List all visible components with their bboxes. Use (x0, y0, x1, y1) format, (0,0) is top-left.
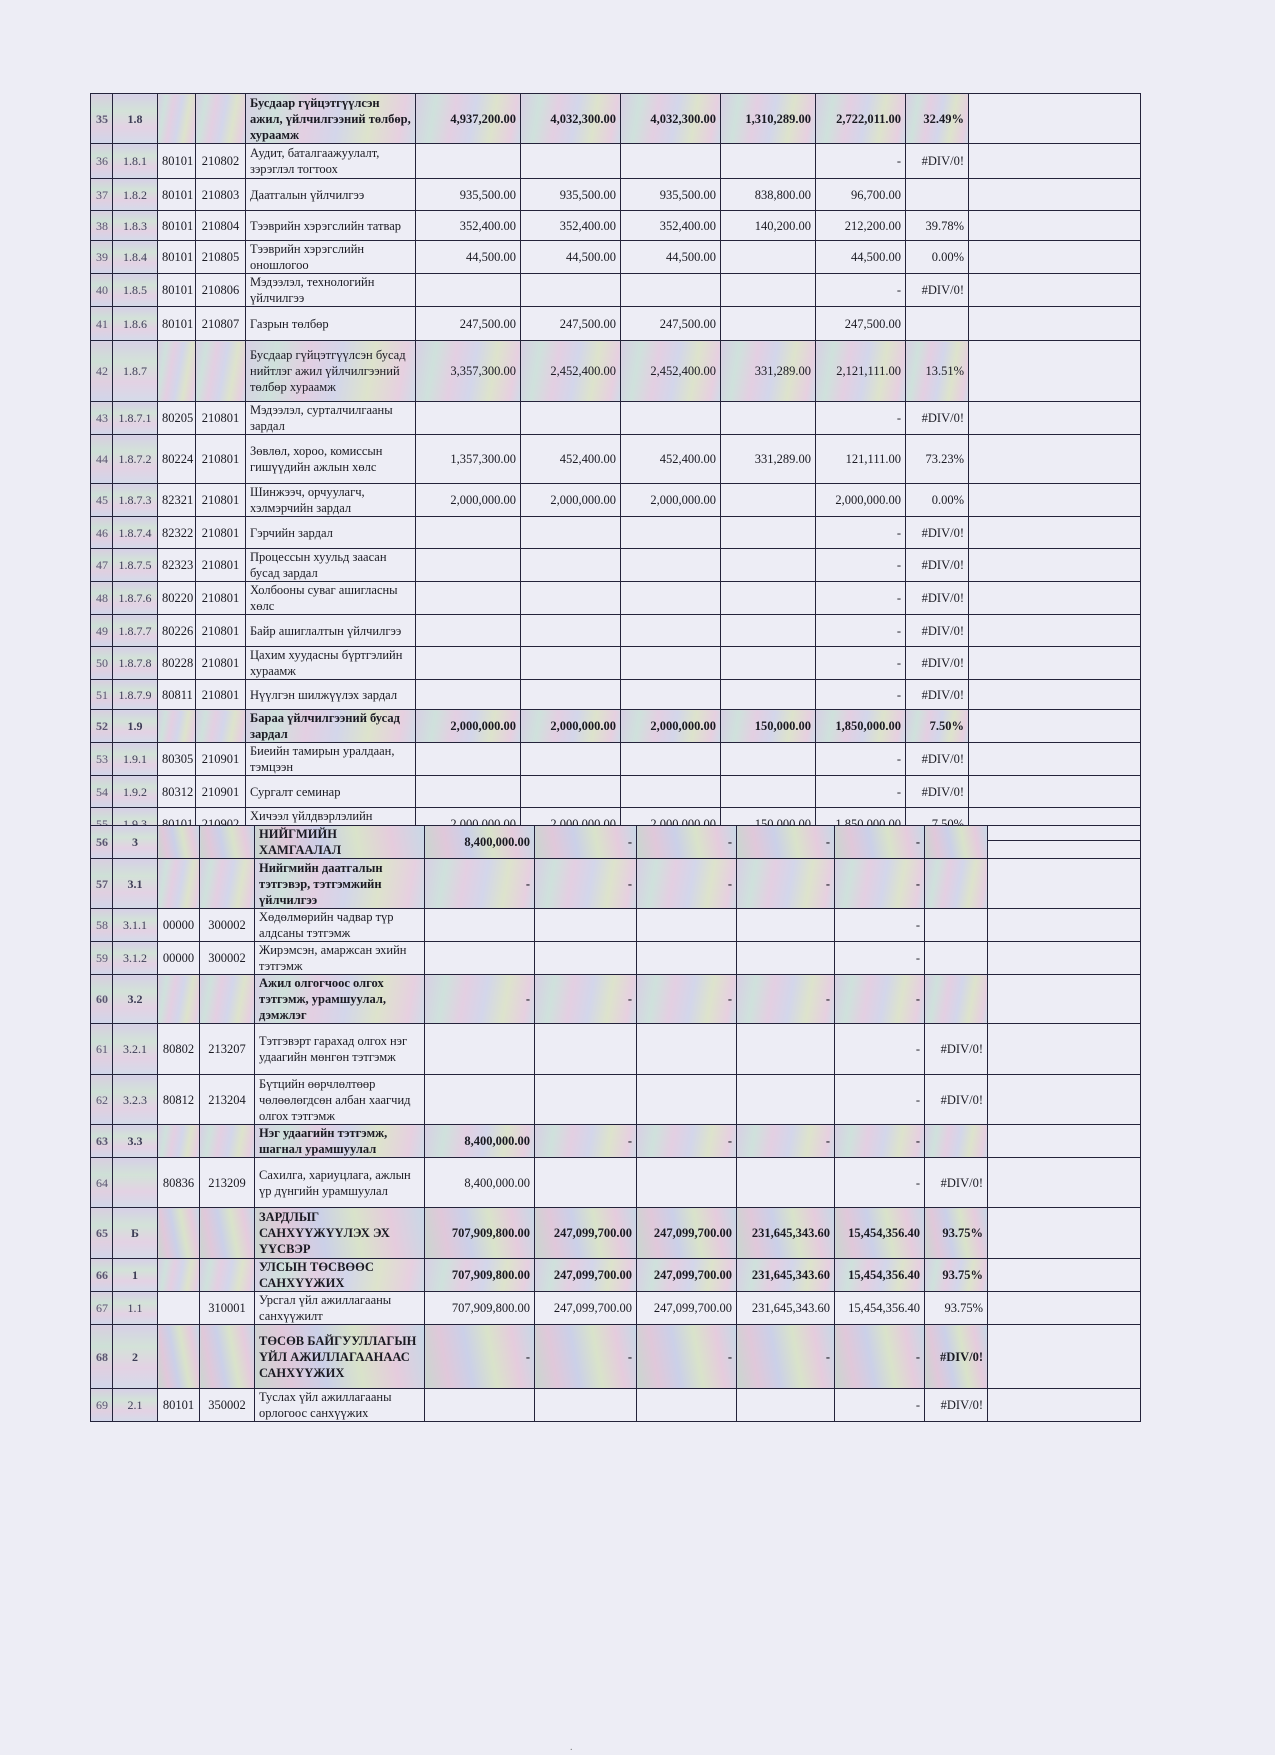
account-code-cell: 213204 (200, 1075, 255, 1125)
row-number-cell: 65 (91, 1208, 113, 1259)
blank-notes-cell (988, 1158, 1141, 1208)
adjusted-plan-cell: - (535, 975, 637, 1024)
line-code-cell: 3.1.1 (113, 909, 158, 942)
execution-percent-cell: 32.49% (906, 94, 969, 144)
economic-code-cell: 80226 (158, 615, 196, 647)
approved-plan-cell: 4,937,200.00 (416, 94, 521, 144)
table-row: 371.8.280101210803Даатгалын үйлчилгээ935… (91, 179, 1141, 211)
table-row: 411.8.680101210807Газрын төлбөр247,500.0… (91, 307, 1141, 341)
economic-code-cell: 00000 (158, 909, 200, 942)
description-cell: Газрын төлбөр (246, 307, 416, 341)
balance-amount-cell: - (835, 1158, 925, 1208)
execution-percent-cell (925, 859, 988, 909)
adjusted-plan-cell: 352,400.00 (521, 211, 621, 241)
blank-notes-cell (988, 1075, 1141, 1125)
account-code-cell (200, 1208, 255, 1259)
economic-code-cell: 80101 (158, 274, 196, 307)
approved-plan-cell: 2,000,000.00 (416, 484, 521, 517)
line-code-cell: 1.8.6 (113, 307, 158, 341)
economic-code-cell (158, 1259, 200, 1292)
blank-notes-cell (969, 241, 1141, 274)
adjusted-plan-cell (521, 402, 621, 435)
account-code-cell: 210805 (196, 241, 246, 274)
actual-amount-cell (737, 1158, 835, 1208)
actual-amount-cell: 231,645,343.60 (737, 1259, 835, 1292)
actual-amount-cell (721, 402, 816, 435)
description-cell: УЛСЫН ТӨСВӨӨС САНХҮҮЖИХ (255, 1259, 425, 1292)
table-row: 381.8.380101210804Тээврийн хэрэгслийн та… (91, 211, 1141, 241)
actual-amount-cell (721, 484, 816, 517)
approved-plan-cell: 3,357,300.00 (416, 341, 521, 402)
execution-percent-cell: #DIV/0! (906, 647, 969, 680)
table-row: 431.8.7.180205210801Мэдээлэл, сурталчилг… (91, 402, 1141, 435)
balance-amount-cell: 121,111.00 (816, 435, 906, 484)
budget-table-lower: 563НИЙГМИЙН ХАМГААЛАЛ8,400,000.00----573… (90, 825, 1141, 1422)
economic-code-cell: 82321 (158, 484, 196, 517)
line-code-cell: 1.8.1 (113, 144, 158, 179)
execution-percent-cell (925, 1125, 988, 1158)
blank-notes-cell (969, 615, 1141, 647)
adjusted-plan-cell (521, 549, 621, 582)
execution-percent-cell: #DIV/0! (906, 144, 969, 179)
adjusted-plan-cell: 247,500.00 (521, 307, 621, 341)
table-row: 481.8.7.680220210801Холбооны суваг ашигл… (91, 582, 1141, 615)
balance-amount-cell: 247,500.00 (816, 307, 906, 341)
period-plan-cell (621, 615, 721, 647)
row-number-cell: 44 (91, 435, 113, 484)
adjusted-plan-cell (535, 1075, 637, 1125)
blank-notes-cell (969, 517, 1141, 549)
approved-plan-cell: 935,500.00 (416, 179, 521, 211)
account-code-cell: 210801 (196, 615, 246, 647)
blank-notes-cell (969, 484, 1141, 517)
approved-plan-cell (416, 776, 521, 808)
balance-amount-cell: - (835, 859, 925, 909)
description-cell: Туслах үйл ажиллагааны орлогоос санхүүжи… (255, 1389, 425, 1422)
actual-amount-cell (721, 582, 816, 615)
execution-percent-cell: 93.75% (925, 1292, 988, 1325)
blank-notes-cell (988, 1389, 1141, 1422)
execution-percent-cell: 93.75% (925, 1259, 988, 1292)
line-code-cell: 1.8.7.3 (113, 484, 158, 517)
row-number-cell: 41 (91, 307, 113, 341)
table-row: 501.8.7.880228210801Цахим хуудасны бүртг… (91, 647, 1141, 680)
account-code-cell: 210807 (196, 307, 246, 341)
period-plan-cell: 247,099,700.00 (637, 1292, 737, 1325)
economic-code-cell (158, 341, 196, 402)
approved-plan-cell: - (425, 1325, 535, 1389)
adjusted-plan-cell (521, 144, 621, 179)
adjusted-plan-cell (521, 680, 621, 710)
blank-notes-cell (969, 582, 1141, 615)
blank-notes-cell (969, 743, 1141, 776)
approved-plan-cell: 8,400,000.00 (425, 1125, 535, 1158)
table-row: 461.8.7.482322210801Гэрчийн зардал-#DIV/… (91, 517, 1141, 549)
economic-code-cell (158, 1208, 200, 1259)
economic-code-cell: 00000 (158, 942, 200, 975)
scan-speck: . (570, 1742, 573, 1753)
balance-amount-cell: - (816, 743, 906, 776)
period-plan-cell (621, 144, 721, 179)
approved-plan-cell: 247,500.00 (416, 307, 521, 341)
actual-amount-cell (721, 241, 816, 274)
balance-amount-cell: - (835, 1389, 925, 1422)
period-plan-cell (621, 402, 721, 435)
table-row: 531.9.180305210901Биеийн тамирын уралдаа… (91, 743, 1141, 776)
blank-notes-cell (988, 1125, 1141, 1158)
account-code-cell: 300002 (200, 909, 255, 942)
blank-notes-cell (969, 179, 1141, 211)
description-cell: Нэг удаагийн тэтгэмж, шагнал урамшуулал (255, 1125, 425, 1158)
description-cell: ЗАРДЛЫГ САНХҮҮЖҮҮЛЭХ ЭХ ҮҮСВЭР (255, 1208, 425, 1259)
blank-notes-cell (969, 680, 1141, 710)
execution-percent-cell: 7.50% (906, 710, 969, 743)
approved-plan-cell: 8,400,000.00 (425, 826, 535, 859)
description-cell: Бусдаар гүйцэтгүүлсэн бусад нийтлэг ажил… (246, 341, 416, 402)
actual-amount-cell: 331,289.00 (721, 435, 816, 484)
row-number-cell: 59 (91, 942, 113, 975)
table-row: 661УЛСЫН ТӨСВӨӨС САНХҮҮЖИХ707,909,800.00… (91, 1259, 1141, 1292)
description-cell: Тээврийн хэрэгслийн татвар (246, 211, 416, 241)
description-cell: Шинжээч, орчуулагч, хэлмэрчийн зардал (246, 484, 416, 517)
period-plan-cell: 44,500.00 (621, 241, 721, 274)
account-code-cell: 213207 (200, 1024, 255, 1075)
economic-code-cell: 80220 (158, 582, 196, 615)
line-code-cell: 1.8.7.6 (113, 582, 158, 615)
description-cell: Биеийн тамирын уралдаан, тэмцээн (246, 743, 416, 776)
period-plan-cell (621, 549, 721, 582)
balance-amount-cell: - (816, 680, 906, 710)
period-plan-cell (637, 1075, 737, 1125)
period-plan-cell (621, 582, 721, 615)
economic-code-cell (158, 1292, 200, 1325)
table-row: 593.1.200000300002Жирэмсэн, амаржсан эхи… (91, 942, 1141, 975)
adjusted-plan-cell (521, 517, 621, 549)
balance-amount-cell: 15,454,356.40 (835, 1259, 925, 1292)
execution-percent-cell (906, 179, 969, 211)
row-number-cell: 63 (91, 1125, 113, 1158)
table-row: 541.9.280312210901Сургалт семинар-#DIV/0… (91, 776, 1141, 808)
table-row: 471.8.7.582323210801Процессын хуульд заа… (91, 549, 1141, 582)
approved-plan-cell (416, 647, 521, 680)
actual-amount-cell (721, 776, 816, 808)
description-cell: Тээврийн хэрэгслийн оношлогоо (246, 241, 416, 274)
line-code-cell: 1.8.2 (113, 179, 158, 211)
period-plan-cell: 2,000,000.00 (621, 710, 721, 743)
adjusted-plan-cell: 935,500.00 (521, 179, 621, 211)
execution-percent-cell: 73.23% (906, 435, 969, 484)
period-plan-cell (621, 274, 721, 307)
table-row: 573.1Нийгмийн даатгалын тэтгэвэр, тэтгэм… (91, 859, 1141, 909)
execution-percent-cell: #DIV/0! (925, 1325, 988, 1389)
line-code-cell: 1.8.5 (113, 274, 158, 307)
period-plan-cell: - (637, 1325, 737, 1389)
period-plan-cell (621, 647, 721, 680)
adjusted-plan-cell (535, 1158, 637, 1208)
blank-notes-cell (988, 1208, 1141, 1259)
account-code-cell: 210801 (196, 549, 246, 582)
actual-amount-cell: - (737, 1125, 835, 1158)
economic-code-cell: 80101 (158, 1389, 200, 1422)
line-code-cell: 3.2 (113, 975, 158, 1024)
row-number-cell: 35 (91, 94, 113, 144)
line-code-cell: 3.3 (113, 1125, 158, 1158)
approved-plan-cell: 352,400.00 (416, 211, 521, 241)
adjusted-plan-cell: - (535, 1125, 637, 1158)
balance-amount-cell: 15,454,356.40 (835, 1292, 925, 1325)
account-code-cell: 210801 (196, 402, 246, 435)
approved-plan-cell (416, 582, 521, 615)
balance-amount-cell: - (835, 909, 925, 942)
approved-plan-cell (416, 680, 521, 710)
approved-plan-cell: 1,357,300.00 (416, 435, 521, 484)
balance-amount-cell: - (816, 615, 906, 647)
line-code-cell: 1.8.7.9 (113, 680, 158, 710)
account-code-cell (200, 975, 255, 1024)
actual-amount-cell (721, 144, 816, 179)
economic-code-cell: 80101 (158, 144, 196, 179)
row-number-cell: 57 (91, 859, 113, 909)
description-cell: Сургалт семинар (246, 776, 416, 808)
row-number-cell: 51 (91, 680, 113, 710)
approved-plan-cell (416, 743, 521, 776)
table-row: 451.8.7.382321210801Шинжээч, орчуулагч, … (91, 484, 1141, 517)
row-number-cell: 64 (91, 1158, 113, 1208)
account-code-cell: 213209 (200, 1158, 255, 1208)
actual-amount-cell: 331,289.00 (721, 341, 816, 402)
account-code-cell (200, 859, 255, 909)
economic-code-cell: 80101 (158, 241, 196, 274)
account-code-cell: 210801 (196, 582, 246, 615)
economic-code-cell: 82322 (158, 517, 196, 549)
account-code-cell: 210801 (196, 435, 246, 484)
table-row: 633.3Нэг удаагийн тэтгэмж, шагнал урамшу… (91, 1125, 1141, 1158)
table-row: 491.8.7.780226210801Байр ашиглалтын үйлч… (91, 615, 1141, 647)
description-cell: Хөдөлмөрийн чадвар түр алдсаны тэтгэмж (255, 909, 425, 942)
period-plan-cell (621, 776, 721, 808)
execution-percent-cell: #DIV/0! (906, 274, 969, 307)
row-number-cell: 37 (91, 179, 113, 211)
period-plan-cell: 2,452,400.00 (621, 341, 721, 402)
row-number-cell: 58 (91, 909, 113, 942)
period-plan-cell: 2,000,000.00 (621, 484, 721, 517)
balance-amount-cell: - (835, 1024, 925, 1075)
economic-code-cell: 80205 (158, 402, 196, 435)
line-code-cell: 3.2.1 (113, 1024, 158, 1075)
adjusted-plan-cell: - (535, 859, 637, 909)
table-row: 361.8.180101210802Аудит, баталгаажуулалт… (91, 144, 1141, 179)
account-code-cell (196, 341, 246, 402)
balance-amount-cell: 44,500.00 (816, 241, 906, 274)
blank-notes-cell (969, 710, 1141, 743)
line-code-cell: 2 (113, 1325, 158, 1389)
actual-amount-cell (721, 743, 816, 776)
actual-amount-cell (737, 1389, 835, 1422)
adjusted-plan-cell (521, 582, 621, 615)
approved-plan-cell (416, 517, 521, 549)
actual-amount-cell (721, 307, 816, 341)
adjusted-plan-cell: - (535, 826, 637, 859)
blank-notes-cell (988, 909, 1141, 942)
description-cell: Даатгалын үйлчилгээ (246, 179, 416, 211)
balance-amount-cell: - (835, 1125, 925, 1158)
description-cell: Ажил олгогчоос олгох тэтгэмж, урамшуулал… (255, 975, 425, 1024)
row-number-cell: 54 (91, 776, 113, 808)
account-code-cell: 210901 (196, 776, 246, 808)
economic-code-cell: 80101 (158, 307, 196, 341)
description-cell: Байр ашиглалтын үйлчилгээ (246, 615, 416, 647)
row-number-cell: 52 (91, 710, 113, 743)
actual-amount-cell: - (737, 859, 835, 909)
period-plan-cell (637, 1024, 737, 1075)
row-number-cell: 36 (91, 144, 113, 179)
balance-amount-cell: - (835, 1075, 925, 1125)
blank-notes-cell (969, 274, 1141, 307)
blank-notes-cell (969, 549, 1141, 582)
blank-notes-cell (988, 1292, 1141, 1325)
adjusted-plan-cell (535, 909, 637, 942)
row-number-cell: 62 (91, 1075, 113, 1125)
description-cell: ТӨСӨВ БАЙГУУЛЛАГЫН ҮЙЛ АЖИЛЛАГААНААС САН… (255, 1325, 425, 1389)
blank-notes-cell (969, 211, 1141, 241)
row-number-cell: 45 (91, 484, 113, 517)
actual-amount-cell (737, 1024, 835, 1075)
line-code-cell: 1.8.7.7 (113, 615, 158, 647)
line-code-cell: 3.1 (113, 859, 158, 909)
balance-amount-cell: 2,000,000.00 (816, 484, 906, 517)
blank-notes-cell (988, 859, 1141, 909)
blank-notes-cell (969, 341, 1141, 402)
balance-amount-cell: - (816, 274, 906, 307)
period-plan-cell: 4,032,300.00 (621, 94, 721, 144)
table-row: 692.180101350002Туслах үйл ажиллагааны о… (91, 1389, 1141, 1422)
line-code-cell: 1.8.7.2 (113, 435, 158, 484)
economic-code-cell (158, 859, 200, 909)
balance-amount-cell: 212,200.00 (816, 211, 906, 241)
approved-plan-cell: - (425, 859, 535, 909)
execution-percent-cell: 13.51% (906, 341, 969, 402)
period-plan-cell (637, 942, 737, 975)
actual-amount-cell: 231,645,343.60 (737, 1292, 835, 1325)
economic-code-cell: 80812 (158, 1075, 200, 1125)
description-cell: Зөвлөл, хороо, комиссын гишүүдийн ажлын … (246, 435, 416, 484)
adjusted-plan-cell: 247,099,700.00 (535, 1292, 637, 1325)
actual-amount-cell: 150,000.00 (721, 710, 816, 743)
account-code-cell (196, 710, 246, 743)
account-code-cell: 210804 (196, 211, 246, 241)
balance-amount-cell: 2,722,011.00 (816, 94, 906, 144)
row-number-cell: 39 (91, 241, 113, 274)
approved-plan-cell (416, 274, 521, 307)
blank-notes-cell (969, 402, 1141, 435)
adjusted-plan-cell (521, 743, 621, 776)
period-plan-cell (637, 1158, 737, 1208)
economic-code-cell: 80228 (158, 647, 196, 680)
economic-code-cell: 80305 (158, 743, 196, 776)
table-row: 613.2.180802213207Тэтгэвэрт гарахад олго… (91, 1024, 1141, 1075)
budget-table-upper: 351.8Бусдаар гүйцэтгүүлсэн ажил, үйлчилг… (90, 93, 1141, 841)
row-number-cell: 67 (91, 1292, 113, 1325)
account-code-cell: 210806 (196, 274, 246, 307)
description-cell: Гэрчийн зардал (246, 517, 416, 549)
line-code-cell: 1.9 (113, 710, 158, 743)
account-code-cell: 210801 (196, 484, 246, 517)
economic-code-cell (158, 94, 196, 144)
economic-code-cell: 80811 (158, 680, 196, 710)
approved-plan-cell: 707,909,800.00 (425, 1259, 535, 1292)
actual-amount-cell (737, 942, 835, 975)
balance-amount-cell: 1,850,000.00 (816, 710, 906, 743)
balance-amount-cell: - (816, 776, 906, 808)
balance-amount-cell: - (835, 942, 925, 975)
blank-notes-cell (969, 435, 1141, 484)
execution-percent-cell (925, 975, 988, 1024)
actual-amount-cell (721, 274, 816, 307)
balance-amount-cell: - (835, 826, 925, 859)
approved-plan-cell: 707,909,800.00 (425, 1208, 535, 1259)
line-code-cell: 1.8.7.1 (113, 402, 158, 435)
adjusted-plan-cell (521, 274, 621, 307)
table-row: 583.1.100000300002Хөдөлмөрийн чадвар түр… (91, 909, 1141, 942)
row-number-cell: 48 (91, 582, 113, 615)
economic-code-cell: 80836 (158, 1158, 200, 1208)
description-cell: Нийгмийн даатгалын тэтгэвэр, тэтгэмжийн … (255, 859, 425, 909)
execution-percent-cell: #DIV/0! (906, 402, 969, 435)
approved-plan-cell: 2,000,000.00 (416, 710, 521, 743)
row-number-cell: 60 (91, 975, 113, 1024)
period-plan-cell (621, 517, 721, 549)
approved-plan-cell: - (425, 975, 535, 1024)
table-row: 682ТӨСӨВ БАЙГУУЛЛАГЫН ҮЙЛ АЖИЛЛАГААНААС … (91, 1325, 1141, 1389)
description-cell: Холбооны суваг ашигласны хөлс (246, 582, 416, 615)
execution-percent-cell: #DIV/0! (906, 615, 969, 647)
balance-amount-cell: 15,454,356.40 (835, 1208, 925, 1259)
approved-plan-cell: 707,909,800.00 (425, 1292, 535, 1325)
balance-amount-cell: - (835, 1325, 925, 1389)
blank-notes-cell (969, 776, 1141, 808)
execution-percent-cell (925, 909, 988, 942)
line-code-cell: 3.2.3 (113, 1075, 158, 1125)
line-code-cell: Б (113, 1208, 158, 1259)
table-row: 671.1310001Урсгал үйл ажиллагааны санхүү… (91, 1292, 1141, 1325)
execution-percent-cell (925, 826, 988, 859)
line-code-cell: 1 (113, 1259, 158, 1292)
balance-amount-cell: - (835, 975, 925, 1024)
account-code-cell: 210802 (196, 144, 246, 179)
economic-code-cell: 80101 (158, 211, 196, 241)
approved-plan-cell (425, 1389, 535, 1422)
execution-percent-cell: 93.75% (925, 1208, 988, 1259)
balance-amount-cell: 2,121,111.00 (816, 341, 906, 402)
account-code-cell: 210803 (196, 179, 246, 211)
approved-plan-cell (416, 402, 521, 435)
period-plan-cell: 352,400.00 (621, 211, 721, 241)
actual-amount-cell (721, 615, 816, 647)
adjusted-plan-cell (521, 647, 621, 680)
row-number-cell: 50 (91, 647, 113, 680)
adjusted-plan-cell: 2,452,400.00 (521, 341, 621, 402)
account-code-cell: 300002 (200, 942, 255, 975)
period-plan-cell: - (637, 826, 737, 859)
account-code-cell: 210801 (196, 517, 246, 549)
scanned-page: 351.8Бусдаар гүйцэтгүүлсэн ажил, үйлчилг… (0, 0, 1275, 1755)
blank-notes-cell (988, 1325, 1141, 1389)
actual-amount-cell: 838,800.00 (721, 179, 816, 211)
table-row: 623.2.380812213204Бүтцийн өөрчлөлтөөр чө… (91, 1075, 1141, 1125)
period-plan-cell: 452,400.00 (621, 435, 721, 484)
description-cell: Тэтгэвэрт гарахад олгох нэг удаагийн мөн… (255, 1024, 425, 1075)
row-number-cell: 56 (91, 826, 113, 859)
